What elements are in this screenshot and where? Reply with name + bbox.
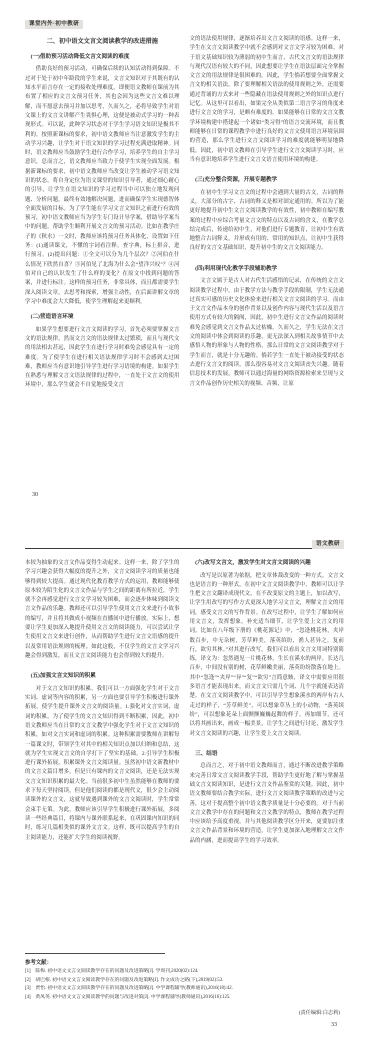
subsection-heading-6: (六)改写文言文，激发学生对文言文阅读的兴趣 [190, 559, 345, 569]
page2-columns: 本较为抽象的文言文作品变得生动起来。这样一来，除了学生的学习兴趣会获得大幅度的提… [25, 559, 344, 949]
page-number: 30 [32, 492, 38, 498]
subsection-heading-5: (五)加强文言文知识的积累 [25, 672, 180, 682]
reference-item: [1] 陈梅. 初中语文文言文阅读教学存在的问题及改进策略[J]. 学周刊,20… [25, 968, 344, 977]
subsection-heading-3: (三)充分整合资源，开展专题教学 [190, 176, 345, 186]
page1-left-column: 二、初中语文文言文阅读教学的改进措施 (一)借助预习活动降低文言文阅读的难度 借… [25, 35, 180, 467]
subsection-heading-4: (四)利用现代化教学手段辅助教学 [190, 265, 345, 275]
body-paragraph-continuation: 本较为抽象的文言文作品变得生动起来。这样一来，除了学生的学习兴趣会获得大幅度的提… [25, 559, 180, 661]
body-paragraph: 在初中生学习文言文的过程中会遇到大量的古文，古词的释义，大部分的古字、古词的释义… [190, 189, 345, 254]
page2-header-row: 语文教研 [25, 532, 344, 549]
page2-left-column: 本较为抽象的文言文作品变得生动起来。这样一来，除了学生的学习兴趣会获得大幅度的提… [25, 559, 180, 949]
reference-item: [3] 贾怡. 初中语文文言文阅读教学存在的问题及改进策略[J]. 中学课程辅导… [25, 985, 344, 994]
conclusion-heading: 三、结语 [190, 750, 345, 760]
journal-page-33: 语文教研 本较为抽象的文言文作品变得生动起来。这样一来，除了学生的学习兴趣会获得… [0, 520, 369, 1040]
section-title: 二、初中语文文言文阅读教学的改进措施 [25, 37, 180, 47]
reference-item: [2] 胡巴根. 初中语文文言文阅读教学存在的问题及改进策略[J]. 作文成功之… [25, 977, 344, 986]
body-paragraph: 借助良好的预习活动，可确保后续的认知活动得到保障。不过对于处于初中年龄段的学生来… [25, 65, 180, 307]
editor-credit: (责任编辑:白志莉) [25, 1009, 344, 1016]
page-number: 33 [331, 1022, 337, 1028]
body-paragraph: 文言文属于是古人对古代生活感悟的记录，在传统的文言文阅读教学过程中，由于教学方法… [190, 277, 345, 389]
body-paragraph: 对于文言文知识的积累，我们可以一方面强化学生对于文言实词、虚词等内容的积累，另一… [25, 685, 180, 843]
journal-page-30: 课堂内外·初中教研 二、初中语文文言文阅读教学的改进措施 (一)借助预习活动降低… [0, 0, 369, 520]
references-label: 参考文献： [25, 958, 344, 966]
page1-right-column: 文的语法使用规律，逐渐培养出文言文阅读的语感。这样一来，学生在文言文阅读教学中就… [190, 35, 345, 467]
body-paragraph-continuation: 文的语法使用规律，逐渐培养出文言文阅读的语感。这样一来，学生在文言文阅读教学中就… [190, 35, 345, 165]
references-section: 参考文献： [1] 陈梅. 初中语文文言文阅读教学存在的问题及改进策略[J]. … [25, 953, 344, 1002]
column-tag: 语文教研 [312, 540, 344, 550]
body-paragraph: 如果学生想要进行文言文阅读的学习，首先必须要掌握文言文的语法规律。然而文言文的语… [25, 326, 180, 391]
subsection-heading-2: (二)营造语言环境 [25, 313, 180, 323]
page1-header-row: 课堂内外·初中教研 [25, 12, 344, 26]
page2-right-column: (六)改写文言文，激发学生对文言文阅读的兴趣 改写是以原著为依据，把文章体裁改变… [190, 559, 345, 949]
column-tag: 课堂内外·初中教研 [25, 20, 83, 30]
body-paragraph: 总而言之，对于初中语文教师而言，通过不断改进教学策略来完善日常文言文阅读教学手段… [190, 762, 345, 846]
subsection-heading-1: (一)借助预习活动降低文言文阅读的难度 [25, 53, 180, 63]
references-divider [25, 953, 165, 954]
body-paragraph: 改写是以原著为依据，把文章体裁改变的一种方式。文言文也是语言的一种形式，在初中文… [190, 572, 345, 739]
page1-columns: 二、初中语文文言文阅读教学的改进措施 (一)借助预习活动降低文言文阅读的难度 借… [25, 35, 344, 467]
reference-item: [4] 黄凤英. 初中语文文言文阅读教学的问题与改进对策[J]. 中学课程辅导(… [25, 994, 344, 1003]
